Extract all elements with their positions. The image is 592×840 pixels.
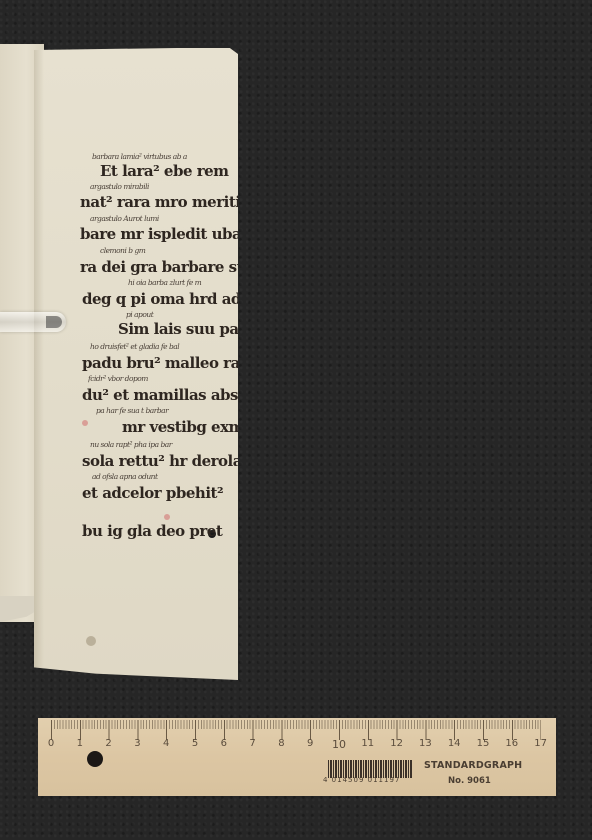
text-line: padu bru² malleo rap: [82, 354, 238, 372]
gloss-line: ad ofsla apna odunt: [92, 472, 238, 481]
ruler-label: 10: [332, 738, 346, 751]
ruler-label: 8: [278, 738, 284, 749]
ruler-label: 14: [448, 738, 461, 749]
ruler-label: 17: [534, 738, 547, 749]
ruler-label: 9: [307, 738, 313, 749]
text-line: deg q pi oma hrd ad u: [82, 290, 238, 308]
text-line: et adcelor pbehit²: [82, 484, 238, 502]
text-line: mr vestibg exmm: [122, 418, 238, 436]
ruler-label: 1: [77, 738, 83, 749]
ruler-label: 15: [477, 738, 490, 749]
ruler-label: 13: [419, 738, 432, 749]
page-fold-shadow: [34, 48, 44, 680]
gloss-line: pa har fe sua t barbar: [96, 406, 238, 415]
red-mark: [82, 420, 88, 426]
ruler-label: 7: [249, 738, 255, 749]
ruler-label: 2: [105, 738, 111, 749]
text-line: nat² rara mro meriti: [80, 193, 238, 211]
ruler-label: 12: [390, 738, 403, 749]
gloss-line: nu sola rapt² pha ipa bar: [90, 440, 238, 449]
plastic-clip: [0, 312, 66, 332]
ruler-label: 3: [134, 738, 140, 749]
ruler-label: 16: [505, 738, 518, 749]
gloss-line: argastulo Aurot lumi: [90, 214, 238, 223]
text-line: sola rettu² hr derolata: [82, 452, 238, 470]
text-line: ra dei gra barbare sut: [80, 258, 238, 276]
gloss-line: ho druisfet² et gladia fe bal: [90, 342, 238, 351]
text-line: Et lara² ebe rem: [100, 162, 238, 180]
text-line: bare mr ispledit ubar: [80, 225, 238, 243]
text-line: Sim lais suu padu²: [118, 320, 238, 338]
ruler-label: 4: [163, 738, 169, 749]
ruler-label: 11: [361, 738, 374, 749]
photo-scene: barbara lamia² virtubus ab a Et lara² eb…: [0, 0, 592, 840]
gloss-line: pi apout: [126, 310, 238, 319]
red-mark: [164, 514, 170, 520]
ruler-major-ticks: [51, 720, 541, 740]
ruler-model: No. 9061: [448, 776, 491, 786]
ruler-label: 6: [221, 738, 227, 749]
stain-spot: [86, 636, 96, 646]
gloss-line: barbara lamia² virtubus ab a: [92, 152, 238, 161]
ruler-hanging-hole: [87, 751, 103, 767]
manuscript-page: barbara lamia² virtubus ab a Et lara² eb…: [34, 48, 238, 680]
scale-ruler: 0 1 2 3 4 5 6 7 8 9 10 11 12 13 14 15 16…: [38, 718, 556, 796]
gloss-line: argastulo mirabili: [90, 182, 238, 191]
barcode-number: 4 014509 011197: [323, 776, 400, 784]
ruler-label: 5: [192, 738, 198, 749]
gloss-line: hi oia barba zlurt fe m: [128, 278, 238, 287]
text-line: du² et mamillas absci: [82, 386, 238, 404]
ruler-brand: STANDARDGRAPH: [424, 760, 522, 771]
gloss-line: fcidr² vbor dopom: [88, 374, 238, 383]
ruler-label: 0: [48, 738, 54, 749]
gloss-line: clemoni b gm: [100, 246, 238, 255]
text-line: bu ig gla deo pret: [82, 522, 238, 540]
